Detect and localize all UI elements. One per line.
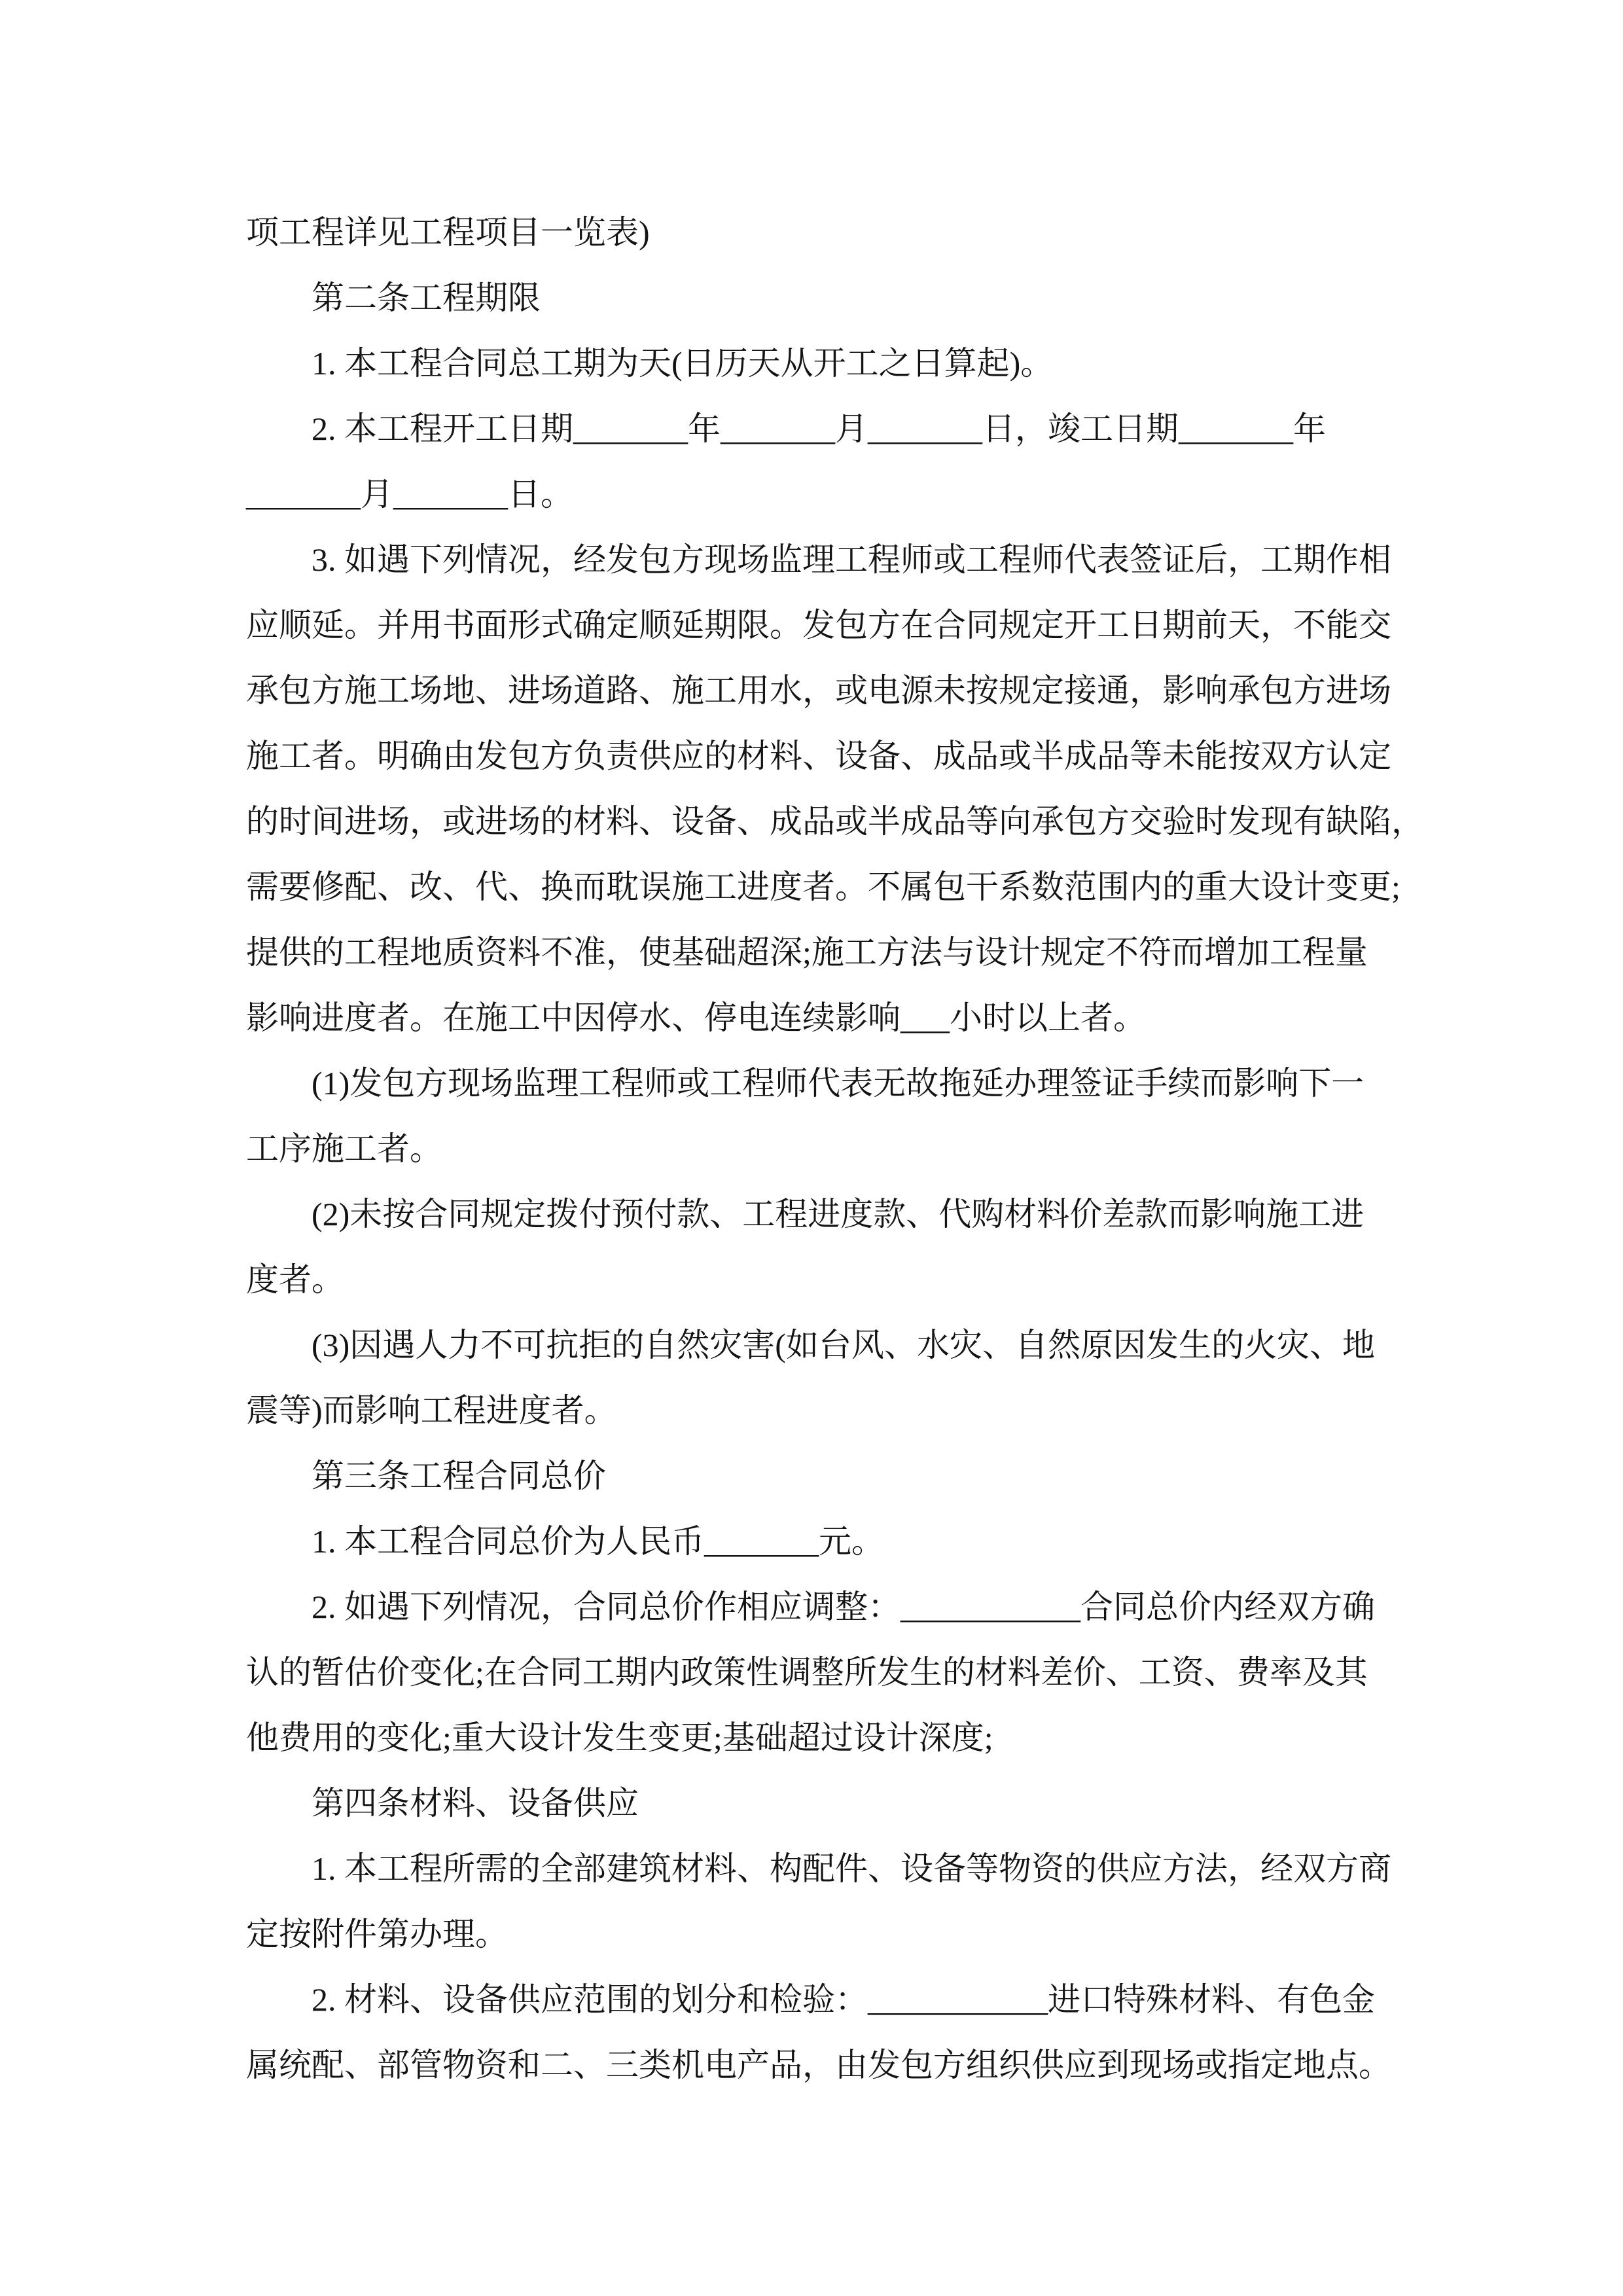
contract-text-line: 1. 本工程合同总工期为天(日历天从开工之日算起)。 bbox=[246, 331, 1418, 396]
contract-text-line-with-blanks: 1. 本工程合同总价为人民币_______元。 bbox=[246, 1509, 1418, 1574]
clause-heading: 第二条工程期限 bbox=[246, 265, 1418, 331]
contract-text-line-with-blanks: 2. 材料、设备供应范围的划分和检验：___________进口特殊材料、有色金 bbox=[246, 1967, 1418, 2032]
contract-text-line: 1. 本工程所需的全部建筑材料、构配件、设备等物资的供应方法，经双方商 bbox=[246, 1836, 1418, 1901]
contract-text-line: 度者。 bbox=[246, 1247, 1418, 1312]
contract-text-line: 承包方施工场地、进场道路、施工用水，或电源未按规定接通，影响承包方进场 bbox=[246, 658, 1418, 723]
contract-text-block: 项工程详见工程项目一览表) 第二条工程期限 1. 本工程合同总工期为天(日历天从… bbox=[246, 200, 1418, 2098]
contract-text-line: 3. 如遇下列情况，经发包方现场监理工程师或工程师代表签证后，工期作相 bbox=[246, 527, 1418, 592]
contract-text-line: 施工者。明确由发包方负责供应的材料、设备、成品或半成品等未能按双方认定 bbox=[246, 723, 1418, 789]
contract-text-line: 的时间进场，或进场的材料、设备、成品或半成品等向承包方交验时发现有缺陷， bbox=[246, 789, 1418, 854]
contract-text-line: 工序施工者。 bbox=[246, 1116, 1418, 1181]
clause-heading: 第三条工程合同总价 bbox=[246, 1443, 1418, 1509]
contract-text-line: 他费用的变化;重大设计发生变更;基础超过设计深度; bbox=[246, 1705, 1418, 1770]
contract-text-line: (2)未按合同规定拨付预付款、工程进度款、代购材料价差款而影响施工进 bbox=[246, 1181, 1418, 1247]
contract-text-line: 属统配、部管物资和二、三类机电产品，由发包方组织供应到现场或指定地点。 bbox=[246, 2032, 1418, 2098]
contract-text-line: (3)因遇人力不可抗拒的自然灾害(如台风、水灾、自然原因发生的火灾、地 bbox=[246, 1312, 1418, 1378]
contract-text-line: 认的暂估价变化;在合同工期内政策性调整所发生的材料差价、工资、费率及其 bbox=[246, 1640, 1418, 1705]
contract-text-line: 定按附件第办理。 bbox=[246, 1901, 1418, 1967]
contract-text-line: 震等)而影响工程进度者。 bbox=[246, 1378, 1418, 1443]
contract-text-line-with-blanks: 2. 如遇下列情况，合同总价作相应调整：___________合同总价内经双方确 bbox=[246, 1574, 1418, 1640]
contract-text-line-with-blanks: 2. 本工程开工日期_______年_______月_______日，竣工日期_… bbox=[246, 396, 1418, 461]
document-page: 项工程详见工程项目一览表) 第二条工程期限 1. 本工程合同总工期为天(日历天从… bbox=[0, 0, 1623, 2296]
contract-text-line: (1)发包方现场监理工程师或工程师代表无故拖延办理签证手续而影响下一 bbox=[246, 1050, 1418, 1116]
clause-heading: 第四条材料、设备供应 bbox=[246, 1770, 1418, 1836]
contract-text-line-with-blanks: _______月_______日。 bbox=[246, 461, 1418, 527]
contract-text-line: 提供的工程地质资料不准，使基础超深;施工方法与设计规定不符而增加工程量 bbox=[246, 920, 1418, 985]
contract-text-line: 应顺延。并用书面形式确定顺延期限。发包方在合同规定开工日期前天，不能交 bbox=[246, 592, 1418, 658]
contract-text-line-with-blanks: 影响进度者。在施工中因停水、停电连续影响___小时以上者。 bbox=[246, 985, 1418, 1050]
contract-text-line: 需要修配、改、代、换而耽误施工进度者。不属包干系数范围内的重大设计变更; bbox=[246, 854, 1418, 920]
contract-text-line: 项工程详见工程项目一览表) bbox=[246, 200, 1418, 265]
